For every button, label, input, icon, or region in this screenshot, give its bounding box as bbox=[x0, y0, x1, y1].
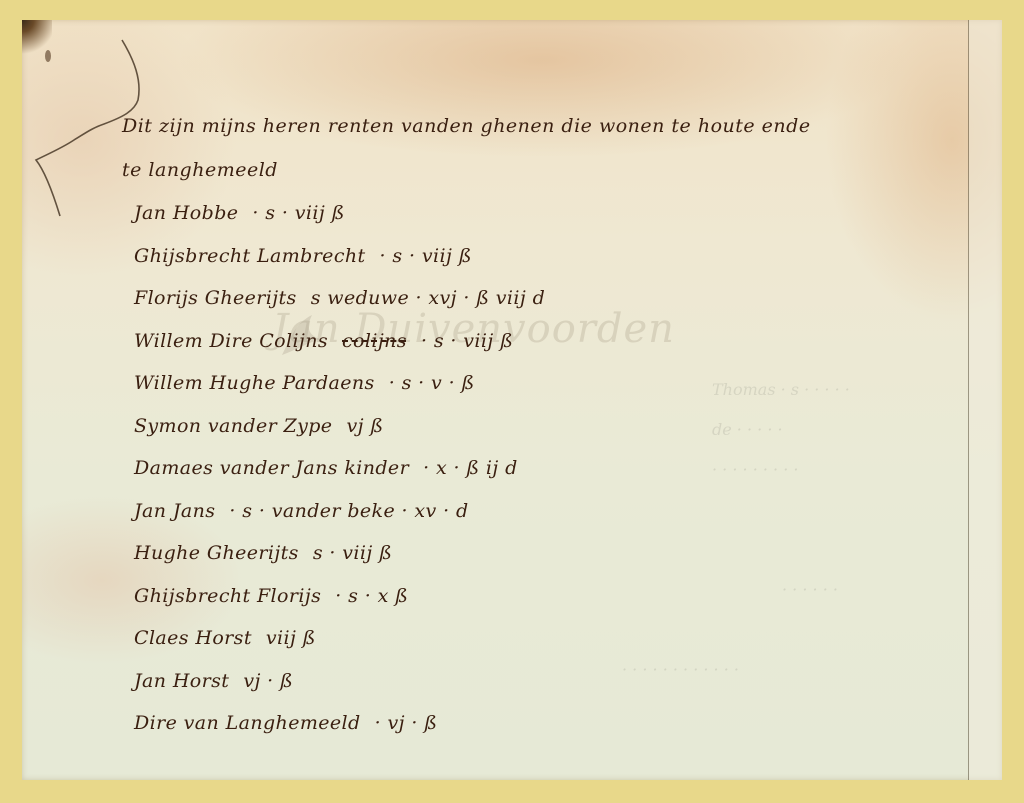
rent-amount: s weduwe · xvj · ß viij d bbox=[311, 277, 546, 320]
struck-word: colijns bbox=[342, 320, 407, 363]
tenant-name: Hughe Gheerijts bbox=[134, 532, 299, 575]
manuscript-photo: Thomas · s · · · · · de · · · · · · · · … bbox=[22, 20, 1002, 780]
tenant-name: Damaes vander Jans kinder bbox=[134, 447, 409, 490]
rent-amount: · x · ß ij d bbox=[423, 447, 518, 490]
tenant-name: Jan Horst bbox=[134, 660, 229, 703]
rent-amount: · s · viij ß bbox=[252, 192, 344, 235]
rent-amount: · s · v · ß bbox=[389, 362, 475, 405]
tenant-name: Symon vander Zype bbox=[134, 405, 332, 448]
rent-entry: Florijs Gheerijts s weduwe · xvj · ß vii… bbox=[122, 277, 982, 320]
rent-amount: · s · viij ß bbox=[380, 235, 472, 278]
tenant-name: Jan Jans bbox=[134, 490, 215, 533]
manuscript-text: Dit zijn mijns heren renten vanden ghene… bbox=[122, 104, 982, 745]
tenant-name: Willem Dire Colijns bbox=[134, 320, 328, 363]
rent-entry: Hughe Gheerijts s · viij ß bbox=[122, 532, 982, 575]
tenant-name: Willem Hughe Pardaens bbox=[134, 362, 375, 405]
rent-entry: Damaes vander Jans kinder · x · ß ij d bbox=[122, 447, 982, 490]
tenant-name: Ghijsbrecht Lambrecht bbox=[134, 235, 366, 278]
heading-line-2: te langhemeeld bbox=[122, 148, 982, 192]
rent-amount: · s · x ß bbox=[335, 575, 408, 618]
rent-amount: vj · ß bbox=[243, 660, 293, 703]
rent-amount: · vj · ß bbox=[375, 702, 438, 745]
rent-entry: Jan Horst vj · ß bbox=[122, 660, 982, 703]
rent-entry: Ghijsbrecht Florijs · s · x ß bbox=[122, 575, 982, 618]
rent-entry: Willem Dire Colijns colijns · s · viij ß bbox=[122, 320, 982, 363]
heading-line-1: Dit zijn mijns heren renten vanden ghene… bbox=[122, 104, 982, 148]
tenant-name: Jan Hobbe bbox=[134, 192, 238, 235]
rent-entry: Ghijsbrecht Lambrecht · s · viij ß bbox=[122, 235, 982, 278]
rent-entry: Willem Hughe Pardaens · s · v · ß bbox=[122, 362, 982, 405]
heading: Dit zijn mijns heren renten vanden ghene… bbox=[122, 104, 982, 192]
tenant-name: Claes Horst bbox=[134, 617, 252, 660]
rent-amount: s · viij ß bbox=[313, 532, 392, 575]
tenant-name: Florijs Gheerijts bbox=[134, 277, 297, 320]
rent-entry: Claes Horst viij ß bbox=[122, 617, 982, 660]
rent-entry: Jan Hobbe · s · viij ß bbox=[122, 192, 982, 235]
rent-amount: · s · vander beke · xv · d bbox=[229, 490, 468, 533]
rent-amount: · s · viij ß bbox=[421, 320, 513, 363]
tenant-name: Ghijsbrecht Florijs bbox=[134, 575, 321, 618]
rent-entry: Dire van Langhemeeld · vj · ß bbox=[122, 702, 982, 745]
rent-entry: Symon vander Zype vj ß bbox=[122, 405, 982, 448]
rent-entry: Jan Jans · s · vander beke · xv · d bbox=[122, 490, 982, 533]
rent-amount: vj ß bbox=[346, 405, 383, 448]
tenant-name: Dire van Langhemeeld bbox=[134, 702, 361, 745]
rent-amount: viij ß bbox=[266, 617, 316, 660]
